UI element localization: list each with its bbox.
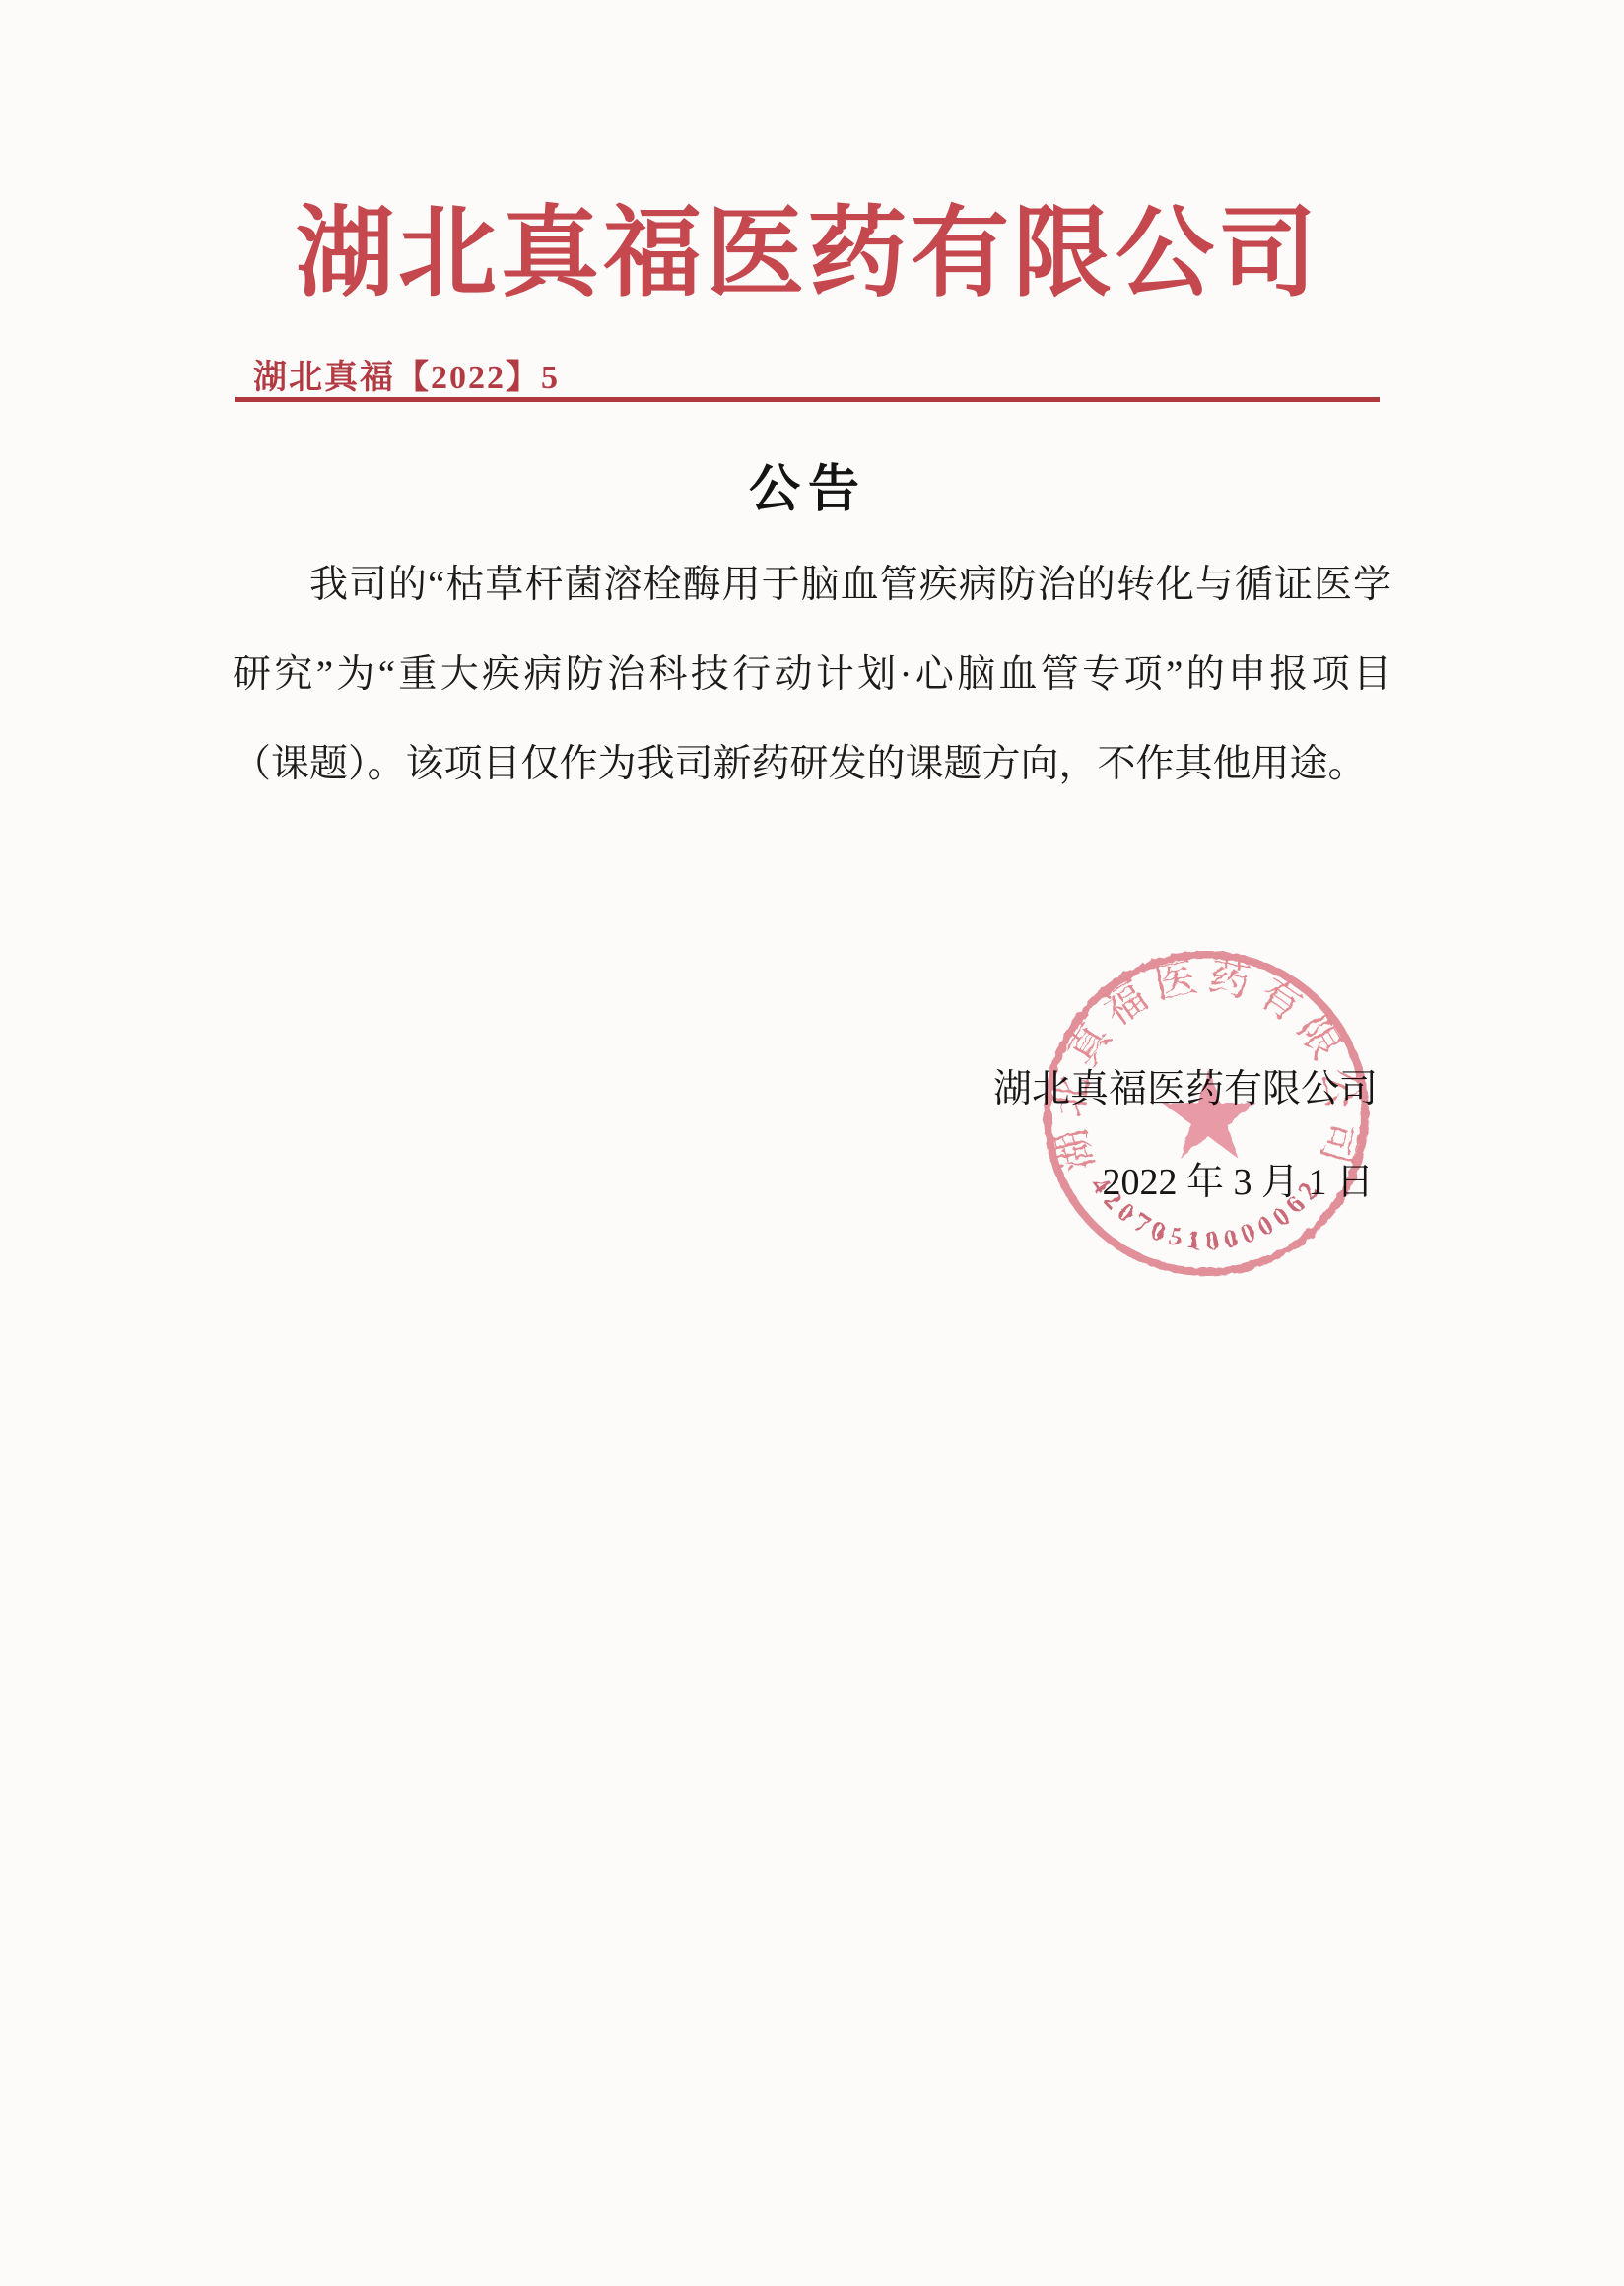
seal-ring-text: 湖北真福医药有限公司 — [1047, 954, 1366, 1176]
announcement-heading: 公告 — [235, 455, 1382, 527]
signature-date: 2022 年 3 月 1 日 — [1102, 1159, 1374, 1206]
body-line-3: （课题）。该项目仅作为我司新药研发的课题方向，不作其他用途。 — [233, 719, 1391, 809]
letterhead-title: 湖北真福医药有限公司 — [235, 195, 1382, 313]
doc-number: 湖北真福【2022】5 — [253, 359, 560, 399]
body-line-1: 我司的“枯草杆菌溶栓酶用于脑血管疾病防治的转化与循证医学 — [233, 540, 1391, 630]
svg-text:湖北真福医药有限公司: 湖北真福医药有限公司 — [1047, 954, 1366, 1176]
seal-ring — [1048, 955, 1365, 1272]
body-line-2: 研究”为“重大疾病防治科技行动计划·心脑血管专项”的申报项目 — [233, 630, 1391, 719]
signature-company: 湖北真福医药有限公司 — [993, 1066, 1378, 1113]
letterhead-rule — [235, 397, 1380, 402]
company-seal-svg: 湖北真福医药有限公司 42070510000062 — [1039, 946, 1374, 1281]
announcement-body: 我司的“枯草杆菌溶栓酶用于脑血管疾病防治的转化与循证医学 研究”为“重大疾病防治… — [233, 540, 1391, 809]
company-seal: 湖北真福医药有限公司 42070510000062 — [1039, 946, 1374, 1281]
document-page: 湖北真福医药有限公司 湖北真福【2022】5 公告 我司的“枯草杆菌溶栓酶用于脑… — [0, 0, 1624, 2286]
